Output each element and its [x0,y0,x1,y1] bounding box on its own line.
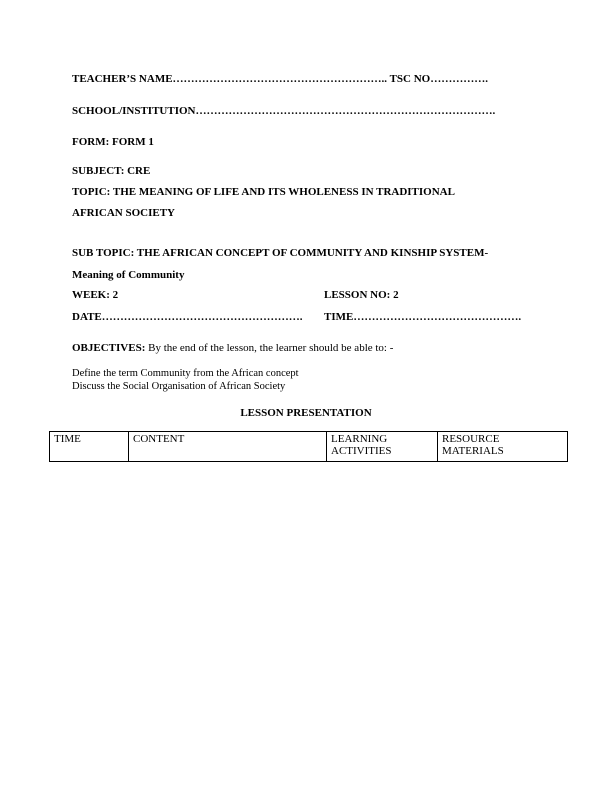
column-header-content: CONTENT [129,432,327,462]
subtopic-continued: Meaning of Community [72,269,184,282]
topic-field: TOPIC: THE MEANING OF LIFE AND ITS WHOLE… [72,186,455,199]
lesson-presentation-title: LESSON PRESENTATION [0,407,612,419]
column-header-learning-activities: LEARNING ACTIVITIES [327,432,438,462]
form-field: FORM: FORM 1 [72,136,154,149]
subtopic-field: SUB TOPIC: THE AFRICAN CONCEPT OF COMMUN… [72,247,488,260]
subject-label: SUBJECT [72,165,121,177]
lesson-number-field: LESSON NO: 2 [324,289,399,302]
time-field: TIME………………………………………. [324,311,521,324]
subject-field: SUBJECT: CRE [72,165,150,178]
objective-item: Define the term Community from the Afric… [72,367,299,380]
lesson-presentation-table: TIME CONTENT LEARNING ACTIVITIES RESOURC… [49,431,568,462]
week-field: WEEK: 2 [72,289,118,302]
objectives-label: OBJECTIVES: [72,342,145,354]
date-field: DATE………………………………………………. [72,311,303,324]
topic-value: : THE MEANING OF LIFE AND ITS WHOLENESS … [107,186,455,198]
subject-value: : CRE [121,165,151,177]
teacher-name-field: TEACHER’S NAME………………………………………………….. TSC … [72,73,488,86]
topic-label: TOPIC [72,186,107,198]
topic-continued: AFRICAN SOCIETY [72,207,175,220]
table-header-row: TIME CONTENT LEARNING ACTIVITIES RESOURC… [50,432,568,462]
objectives-intro: By the end of the lesson, the learner sh… [145,342,393,354]
column-header-resource-materials: RESOURCE MATERIALS [438,432,568,462]
school-field: SCHOOL/INSTITUTION…………………………………………………………… [72,105,495,118]
objective-item: Discuss the Social Organisation of Afric… [72,380,285,393]
column-header-time: TIME [50,432,129,462]
objectives: OBJECTIVES: By the end of the lesson, th… [72,342,393,355]
